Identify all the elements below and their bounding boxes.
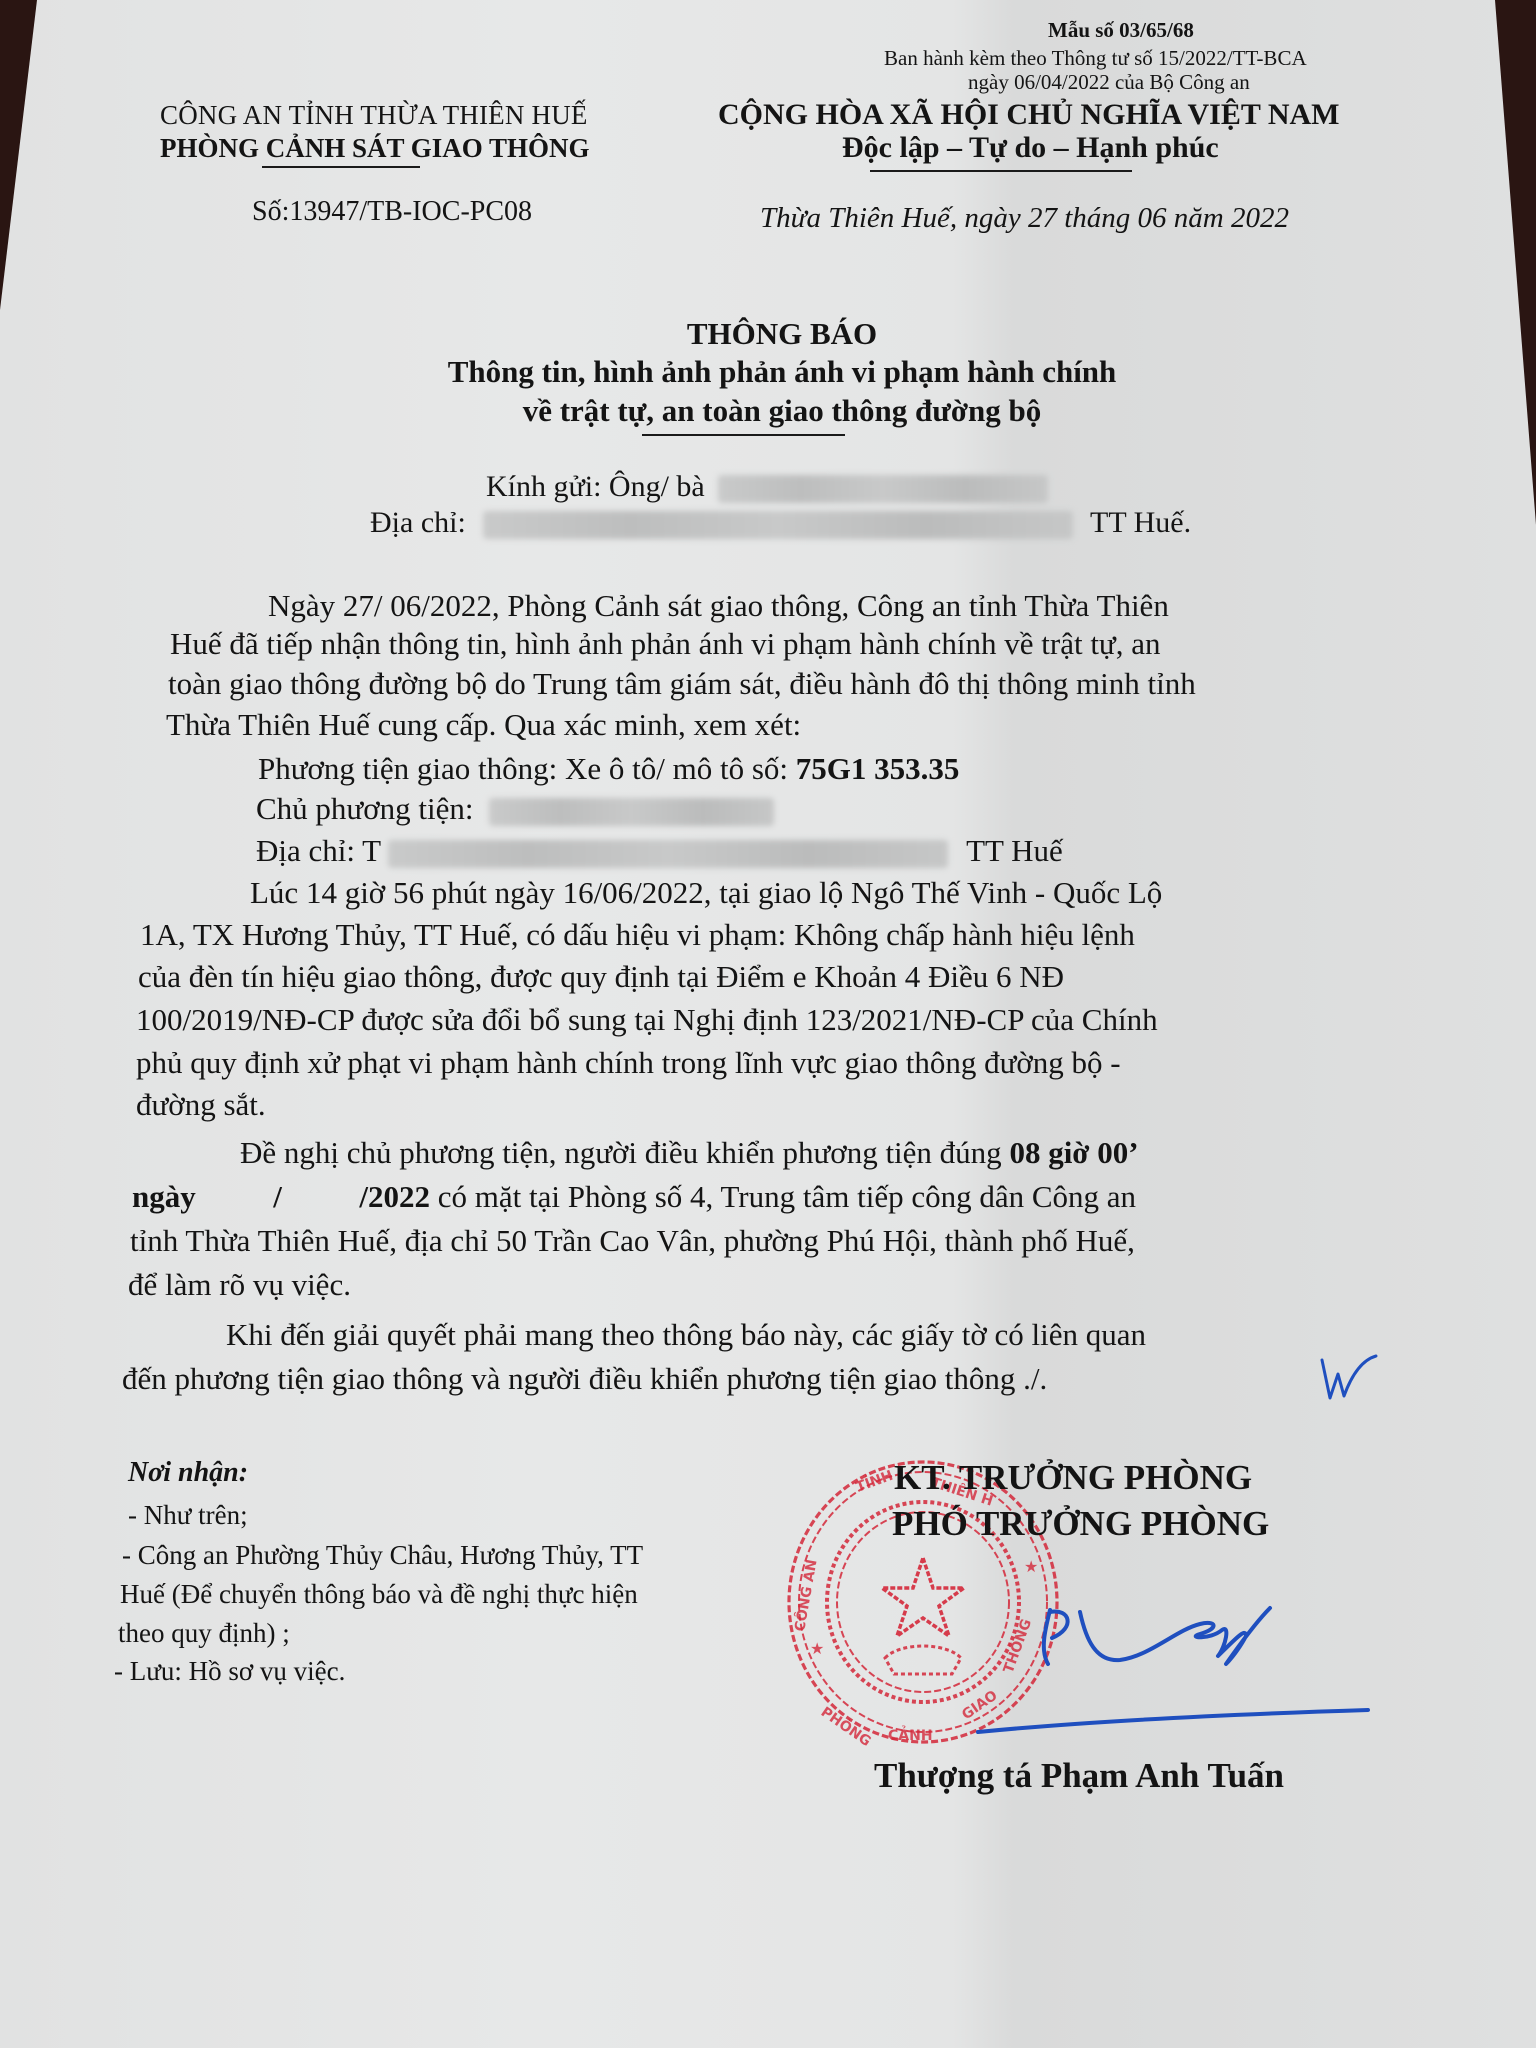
owner-line: Chủ phương tiện: (256, 792, 774, 826)
svg-text:★: ★ (1024, 1559, 1038, 1576)
receiver-item: theo quy định) ; (118, 1618, 290, 1649)
para1-line: Huế đã tiếp nhận thông tin, hình ảnh phả… (170, 627, 1161, 661)
para3-line: tỉnh Thừa Thiên Huế, địa chỉ 50 Trần Cao… (130, 1224, 1135, 1258)
receiver-item: - Lưu: Hồ sơ vụ việc. (114, 1656, 345, 1687)
motto-underline (870, 170, 1132, 172)
signature-title-line2: PHÓ TRƯỞNG PHÒNG (892, 1504, 1269, 1544)
recipient-label: Kính gửi: Ông/ bà (486, 470, 705, 503)
para2-line: đường sắt. (136, 1088, 266, 1122)
redacted-owner-address (388, 840, 948, 868)
para1-line: toàn giao thông đường bộ do Trung tâm gi… (168, 667, 1196, 701)
receiver-item: - Như trên; (128, 1500, 248, 1531)
para3-location: có mặt tại Phòng số 4, Trung tâm tiếp cô… (430, 1179, 1136, 1214)
vehicle-line: Phương tiện giao thông: Xe ô tô/ mô tô s… (258, 752, 959, 786)
receiver-item: Huế (Để chuyển thông báo và đề nghị thực… (120, 1579, 638, 1610)
vehicle-label: Phương tiện giao thông: Xe ô tô/ mô tô s… (258, 751, 796, 786)
para3-line1: Đề nghị chủ phương tiện, người điều khiể… (240, 1136, 1139, 1170)
document-subtitle-line1: Thông tin, hình ảnh phản ánh vi phạm hàn… (0, 354, 1536, 390)
signer-name: Thượng tá Phạm Anh Tuấn (874, 1756, 1284, 1796)
para2-line: của đèn tín hiệu giao thông, được quy đị… (138, 960, 1064, 994)
svg-text:CÔNG AN: CÔNG AN (790, 1558, 820, 1633)
para4-line: đến phương tiện giao thông và người điều… (122, 1362, 1047, 1396)
para1-line: Thừa Thiên Huế cung cấp. Qua xác minh, x… (166, 708, 801, 742)
para3-line: để làm rõ vụ việc. (128, 1268, 351, 1302)
receivers-title: Nơi nhận: (128, 1457, 248, 1489)
svg-text:PHÒNG: PHÒNG (818, 1703, 875, 1750)
department-underline (262, 166, 420, 168)
signature-title-line1: KT. TRƯỞNG PHÒNG (894, 1458, 1252, 1498)
owner-label: Chủ phương tiện: (256, 791, 473, 826)
title-underline (642, 434, 845, 436)
department-name: PHÒNG CẢNH SÁT GIAO THÔNG (160, 133, 590, 164)
initial-check-mark-icon (1318, 1352, 1378, 1406)
form-issued-line1: Ban hành kèm theo Thông tư số 15/2022/TT… (884, 46, 1307, 71)
form-number: Mẫu số 03/65/68 (1048, 18, 1194, 43)
recipient-address-line: Địa chỉ: (370, 506, 1073, 540)
para1-line: Ngày 27/ 06/2022, Phòng Cảnh sát giao th… (268, 589, 1169, 623)
vehicle-plate: 75G1 353.35 (796, 751, 960, 786)
para2-line: 1A, TX Hương Thủy, TT Huế, có dấu hiệu v… (140, 918, 1135, 952)
recipient-line: Kính gửi: Ông/ bà (486, 470, 1048, 504)
para2-line: 100/2019/NĐ-CP được sửa đổi bổ sung tại … (136, 1003, 1158, 1037)
svg-text:★: ★ (810, 1641, 824, 1658)
place-date: Thừa Thiên Huế, ngày 27 tháng 06 năm 202… (760, 202, 1289, 235)
country-name: CỘNG HÒA XÃ HỘI CHỦ NGHĨA VIỆT NAM (718, 98, 1339, 132)
para3-line2: ngày / /2022 có mặt tại Phòng số 4, Trun… (132, 1180, 1136, 1214)
receiver-item: - Công an Phường Thủy Châu, Hương Thủy, … (122, 1540, 643, 1571)
svg-text:TỈNH: TỈNH (853, 1465, 895, 1496)
recipient-address-label: Địa chỉ: (370, 506, 466, 539)
appointment-date: ngày / /2022 (132, 1179, 430, 1214)
para2-line: phủ quy định xử phạt vi phạm hành chính … (136, 1046, 1121, 1080)
agency-name: CÔNG AN TỈNH THỪA THIÊN HUẾ (160, 100, 588, 131)
owner-address-tail: TT Huế (966, 833, 1063, 868)
national-motto: Độc lập – Tự do – Hạnh phúc (842, 131, 1219, 165)
document-subtitle-line2: về trật tự, an toàn giao thông đường bộ (0, 393, 1536, 429)
appointment-time: 08 giờ 00’ (1009, 1135, 1138, 1170)
owner-address-label: Địa chỉ: T (256, 833, 381, 868)
document-title: THÔNG BÁO (0, 316, 1536, 352)
recipient-address-tail: TT Huế. (1090, 506, 1191, 540)
owner-address-line: Địa chỉ: T TT Huế (256, 834, 1063, 868)
para2-line: Lúc 14 giờ 56 phút ngày 16/06/2022, tại … (250, 876, 1162, 910)
handwritten-signature (900, 1600, 1380, 1740)
redacted-owner-name (489, 798, 774, 826)
para4-line: Khi đến giải quyết phải mang theo thông … (226, 1318, 1146, 1352)
para3-text: Đề nghị chủ phương tiện, người điều khiể… (240, 1135, 1009, 1170)
form-issued-line2: ngày 06/04/2022 của Bộ Công an (968, 70, 1250, 95)
document-number: Số:13947/TB-IOC-PC08 (252, 196, 532, 228)
redacted-recipient-name (718, 475, 1048, 503)
redacted-recipient-address (483, 511, 1073, 539)
